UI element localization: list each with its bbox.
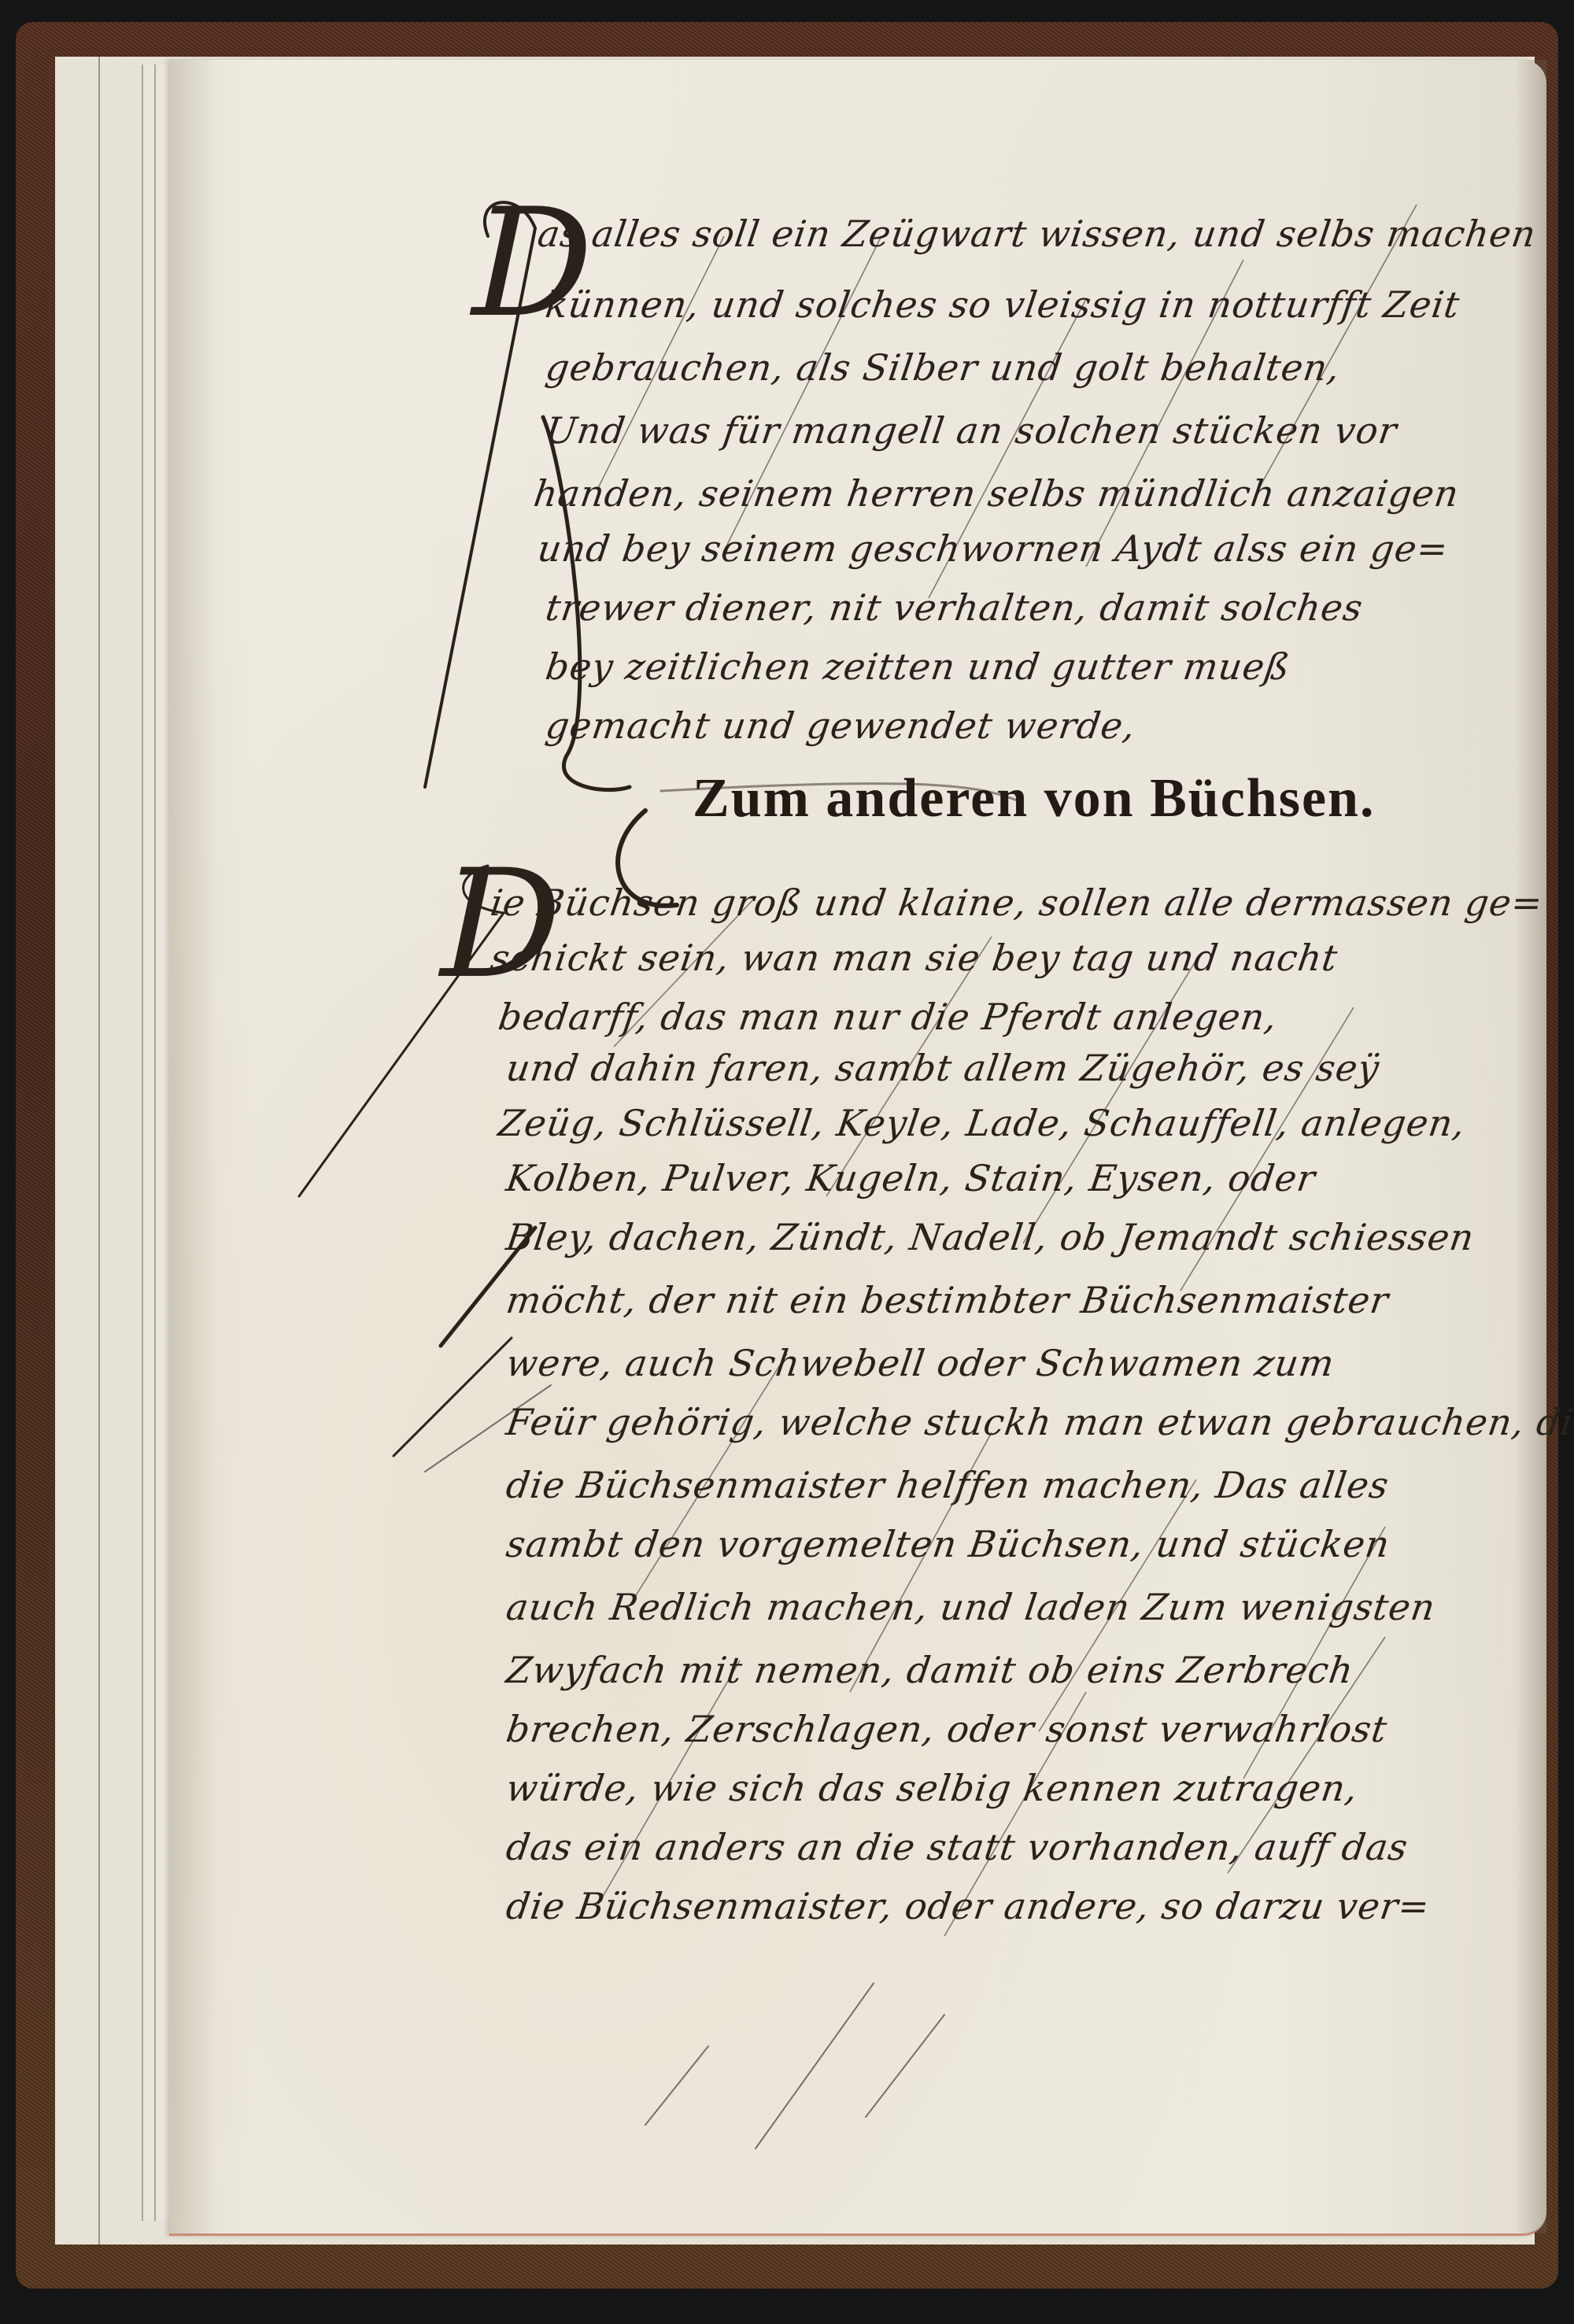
text-line: die Büchsenmaister, oder andere, so darz… — [504, 1885, 1432, 1927]
text-line: sambt den vorgemelten Büchsen, und stück… — [504, 1523, 1393, 1565]
endpaper-fold-line — [98, 57, 100, 2245]
text-line: Und was für mangell an solchen stücken v… — [543, 409, 1400, 452]
scan-background: D as alles soll ein Zeügwart wissen, und… — [0, 0, 1574, 2324]
text-line: gebrauchen, als Silber und golt behalten… — [543, 346, 1343, 389]
text-line: trewer diener, nit verhalten, damit solc… — [543, 586, 1365, 629]
text-line: die Büchsenmaister helffen machen, Das a… — [504, 1464, 1391, 1506]
text-line: brechen, Zerschlagen, oder sonst verwahr… — [504, 1708, 1390, 1750]
text-line: Kolben, Pulver, Kugeln, Stain, Eysen, od… — [504, 1157, 1318, 1199]
text-line: möcht, der nit ein bestimbter Büchsenmai… — [504, 1279, 1391, 1321]
text-line: und bey seinem geschwornen Aydt alss ein… — [535, 527, 1451, 570]
text-line: gemacht und gewendet werde, — [543, 704, 1139, 747]
section-heading: Zum anderen von Büchsen. — [693, 767, 1375, 830]
text-line: bey zeitlichen zeitten und gutter mueß — [543, 645, 1293, 688]
text-line: Zwyfach mit nemen, damit ob eins Zerbrec… — [504, 1649, 1356, 1691]
text-line: künnen, und solches so vleissig in nottu… — [543, 283, 1463, 326]
text-line: das ein anders an die statt vorhanden, a… — [504, 1826, 1411, 1868]
text-line: bedarff, das man nur die Pferdt anlegen, — [496, 996, 1280, 1038]
text-line: ie Büchsen groß und klaine, sollen alle … — [488, 881, 1546, 924]
text-line: würde, wie sich das selbig kennen zutrag… — [504, 1767, 1361, 1809]
text-line: were, auch Schwebell oder Schwamen zum — [504, 1342, 1337, 1384]
text-line: Zeüg, Schlüssell, Keyle, Lade, Schauffel… — [496, 1102, 1469, 1144]
text-line: as alles soll ein Zeügwart wissen, und s… — [535, 212, 1539, 255]
edge-shadow — [1515, 60, 1546, 2233]
text-line: Bley, dachen, Zündt, Nadell, ob Jemandt … — [504, 1216, 1477, 1258]
text-line: auch Redlich machen, und laden Zum wenig… — [504, 1586, 1438, 1628]
text-line: und dahin faren, sambt allem Zügehör, es… — [504, 1047, 1382, 1089]
text-line: handen, seinem herren selbs mündlich anz… — [531, 472, 1461, 515]
text-line: schickt sein, wan man sie bey tag und na… — [488, 937, 1340, 979]
gutter-shadow — [169, 60, 216, 2233]
text-line: Feür gehörig, welche stuckh man etwan ge… — [504, 1401, 1574, 1443]
